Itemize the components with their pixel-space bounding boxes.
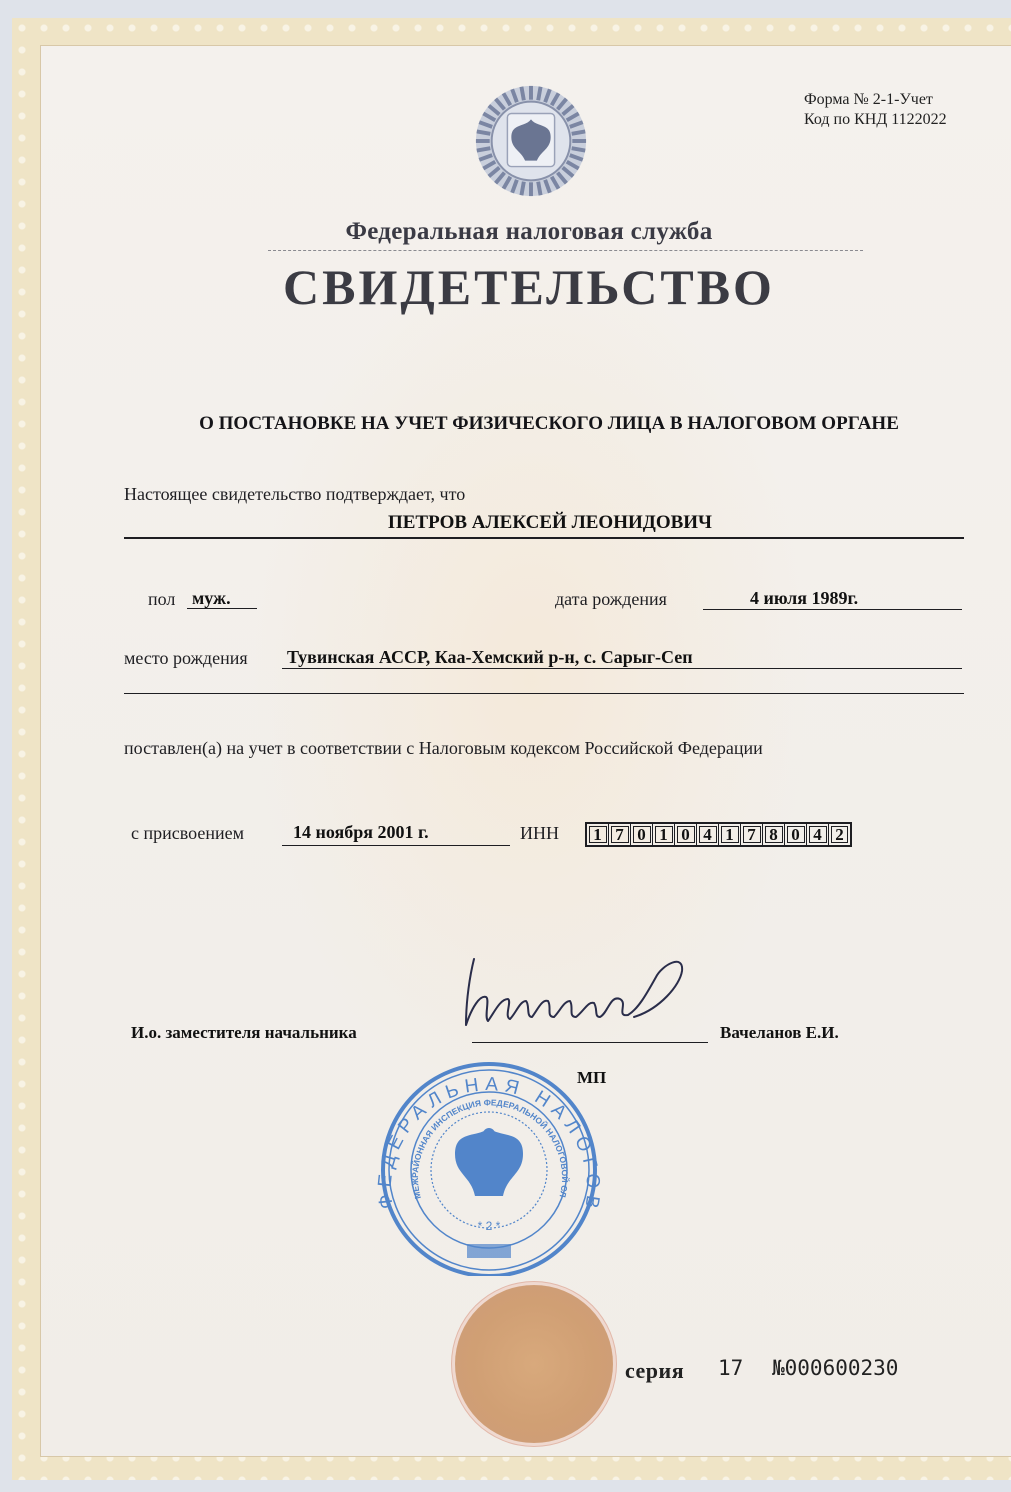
inn-digit: 7	[741, 824, 763, 845]
registered-text: поставлен(а) на учет в соответствии с На…	[124, 738, 763, 759]
hologram-seal	[455, 1285, 613, 1443]
emblem-icon	[472, 82, 590, 200]
signature-line	[472, 1042, 708, 1043]
pob-line	[282, 668, 962, 669]
inn-digit: 0	[631, 824, 653, 845]
inn-digit: 7	[609, 824, 631, 845]
inn-digit: 0	[785, 824, 807, 845]
pob-line-2	[124, 693, 964, 694]
serial-label: серия	[625, 1358, 684, 1384]
form-code-block: Форма № 2-1-Учет Код по КНД 1122022	[804, 90, 947, 130]
inn-field: 1 7 0 1 0 4 1 7 8 0 4 2	[585, 822, 852, 847]
dob-value: 4 июля 1989г.	[750, 588, 858, 609]
assigned-label: с присвоением	[131, 823, 244, 844]
signatory-name: Вачеланов Е.И.	[720, 1023, 839, 1043]
stamp-center-number: * 2 *	[478, 1219, 501, 1233]
inn-digit: 0	[675, 824, 697, 845]
agency-name: Федеральная налоговая служба	[0, 218, 1011, 246]
pob-value: Тувинская АССР, Каа-Хемский р-н, с. Сары…	[287, 647, 693, 668]
inn-digit: 1	[719, 824, 741, 845]
series-number: 17	[718, 1356, 743, 1380]
document-subtitle: О ПОСТАНОВКЕ НА УЧЕТ ФИЗИЧЕСКОГО ЛИЦА В …	[0, 413, 1011, 435]
sex-value: муж.	[192, 588, 231, 609]
inn-digit: 2	[829, 824, 850, 845]
official-stamp-icon: ФЕДЕРАЛЬНАЯ НАЛОГОВАЯ СЛУЖБА МЕЖРАЙОННАЯ…	[363, 1058, 613, 1276]
inn-digit: 8	[763, 824, 785, 845]
form-number: Форма № 2-1-Учет	[804, 90, 947, 110]
sex-label: пол	[148, 589, 175, 610]
inn-digit: 1	[587, 824, 609, 845]
pob-label: место рождения	[124, 648, 248, 669]
serial-number: №000600230	[772, 1356, 898, 1380]
inn-digit: 4	[697, 824, 719, 845]
assigned-line	[282, 845, 510, 846]
sex-line	[187, 608, 257, 609]
signatory-position: И.о. заместителя начальника	[131, 1023, 357, 1043]
agency-divider	[268, 250, 863, 251]
dob-line	[703, 609, 962, 610]
name-line	[124, 537, 964, 539]
document-title: СВИДЕТЕЛЬСТВО	[0, 258, 1011, 316]
full-name: ПЕТРОВ АЛЕКСЕЙ ЛЕОНИДОВИЧ	[0, 512, 1011, 534]
inn-digit: 1	[653, 824, 675, 845]
dob-label: дата рождения	[555, 589, 667, 610]
assigned-date: 14 ноября 2001 г.	[293, 822, 429, 843]
confirm-text: Настоящее свидетельство подтверждает, чт…	[124, 484, 465, 505]
knd-code: Код по КНД 1122022	[804, 110, 947, 130]
inn-digit: 4	[807, 824, 829, 845]
inn-label: ИНН	[520, 823, 559, 844]
signature-icon	[460, 955, 700, 1035]
